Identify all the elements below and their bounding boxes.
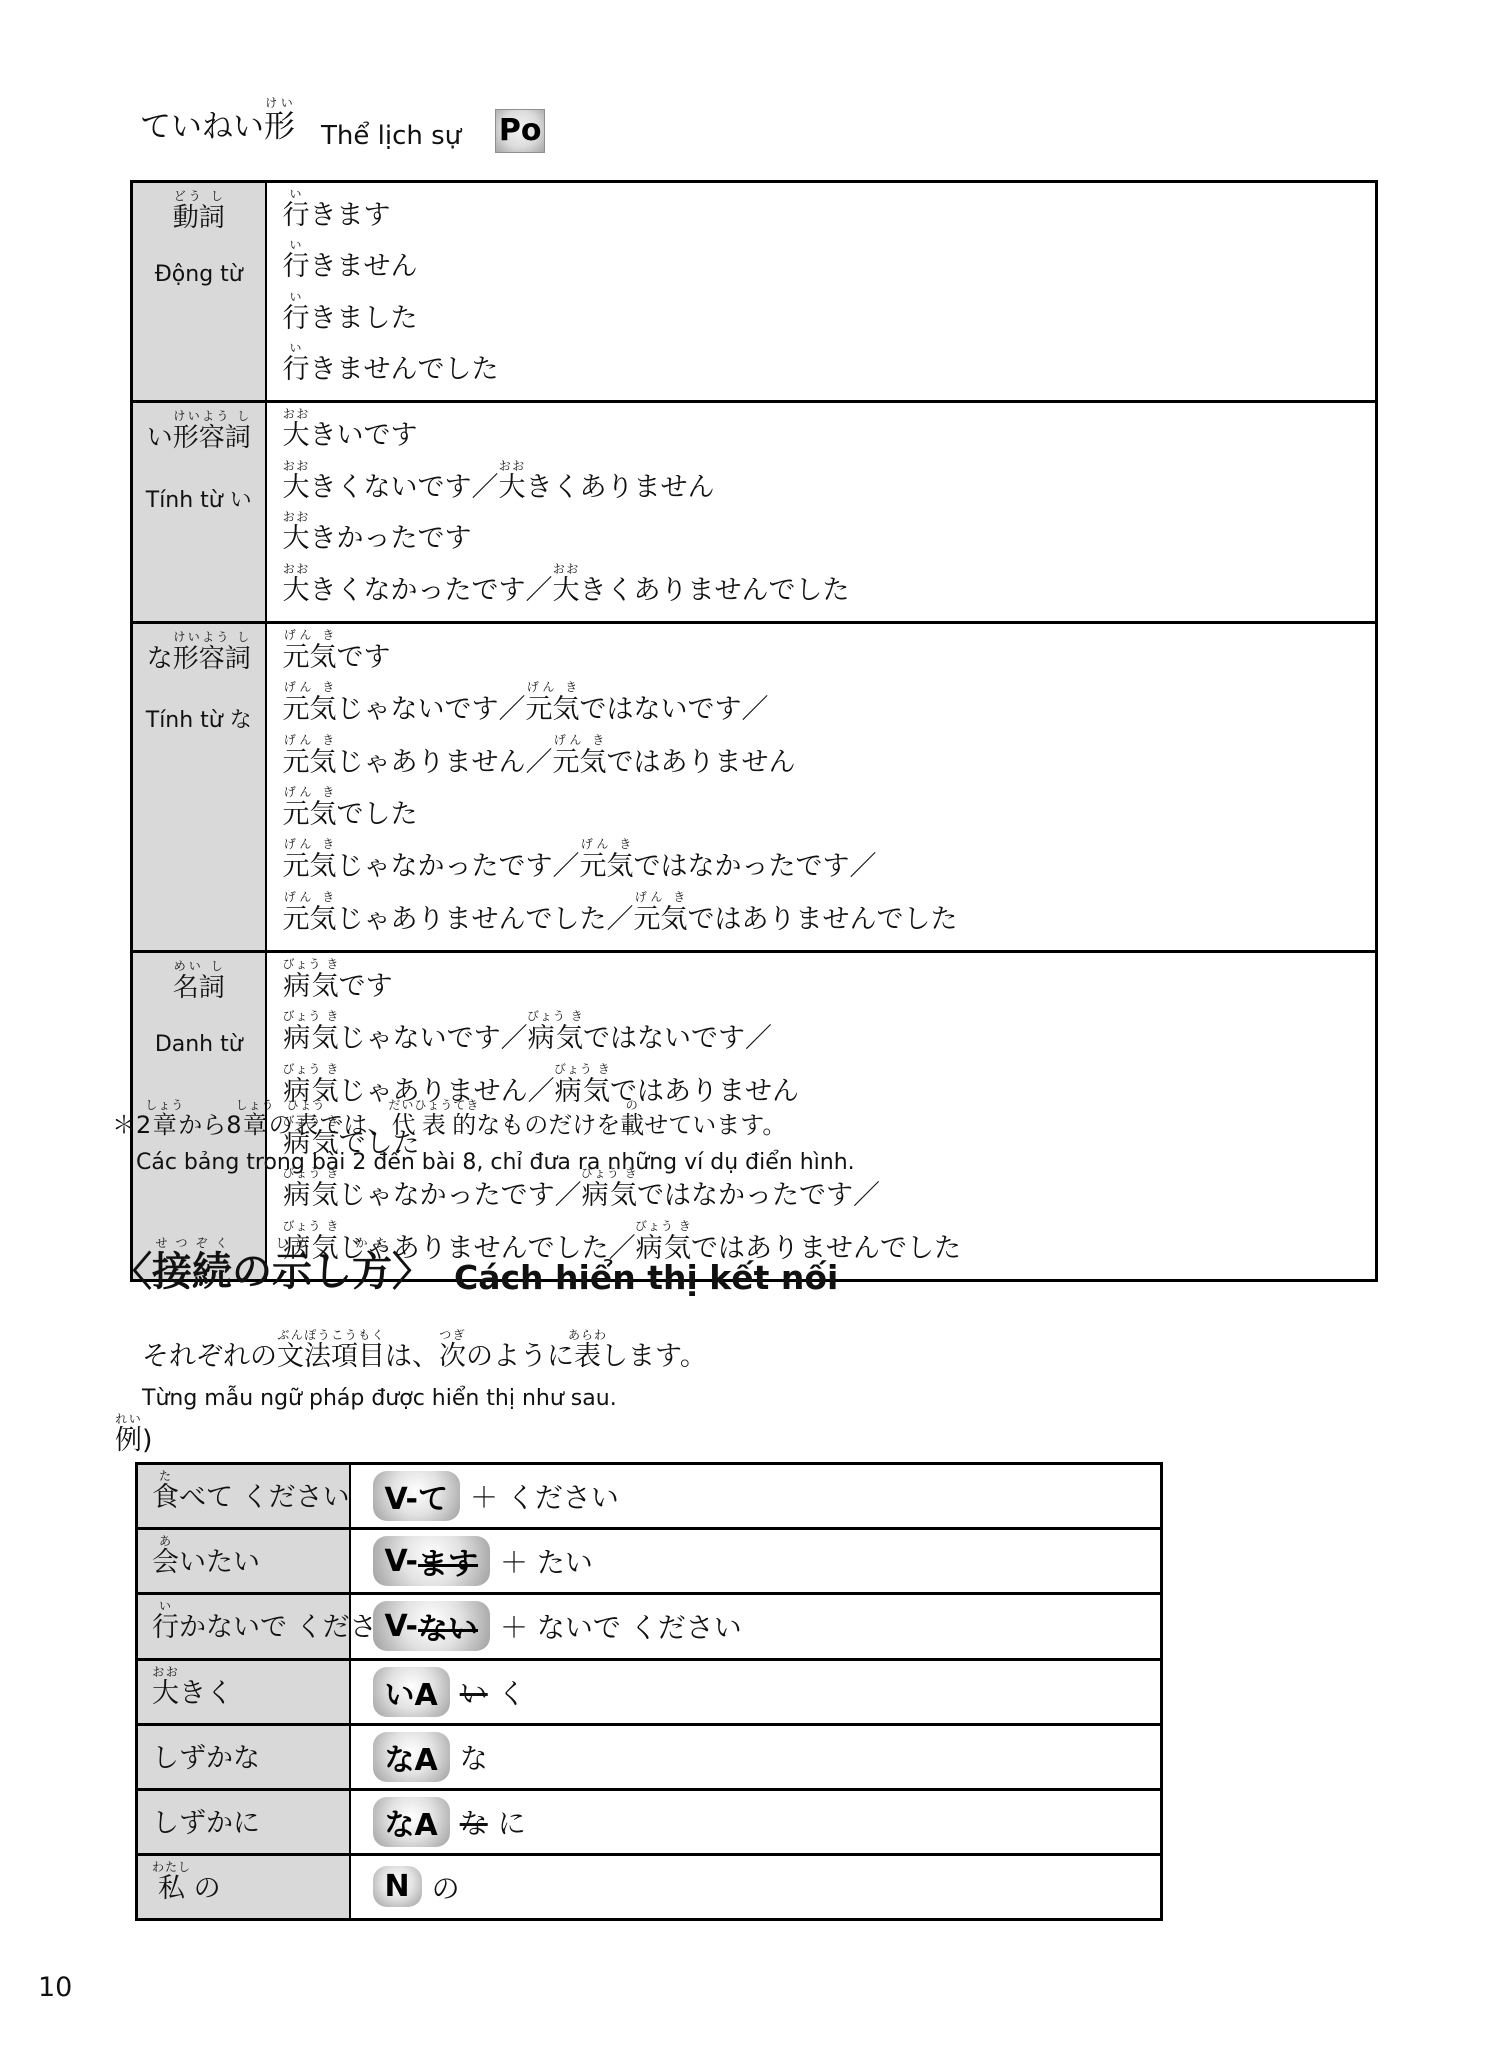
connection-formula: V-ます＋ たい bbox=[373, 1536, 1151, 1586]
example-expression: しずかに bbox=[152, 1802, 343, 1845]
footnote-jp: ＊2章しょうから8章しょうの表ひょうでは、代表的だいひょうてきなものだけを載のせ… bbox=[112, 1098, 855, 1144]
formula-text: く bbox=[498, 1672, 526, 1712]
formula-cell: V-て＋ ください bbox=[350, 1464, 1162, 1529]
formula-cell: V-ます＋ たい bbox=[350, 1529, 1162, 1594]
connection-formula: なAな bbox=[373, 1732, 1151, 1782]
row-content-cell: 元気げん きです元気げん きじゃないです／元気げん きではないです／元気げん き… bbox=[266, 622, 1377, 951]
formula-text: ＋ ないで ください bbox=[500, 1606, 742, 1646]
grammar-badge: V-ない bbox=[373, 1601, 491, 1651]
formula-cell: なAなに bbox=[350, 1789, 1162, 1854]
table-row: 大おおきくいAいく bbox=[137, 1659, 1162, 1724]
word-class-label-jp: な形容詞けいよう し bbox=[137, 630, 261, 679]
connection-formula: Nの bbox=[373, 1866, 1151, 1907]
heading-vi: Cách hiển thị kết nối bbox=[454, 1258, 838, 1301]
example-expression: 私わたし の bbox=[152, 1860, 343, 1910]
conjugation-line: 行いきませんでした bbox=[283, 341, 1368, 392]
footnote-vi: Các bảng trong bài 2 đến bài 8, chỉ đưa … bbox=[136, 1150, 855, 1175]
conjugation-line: 病気びょう きです bbox=[283, 957, 1368, 1009]
table-row: 会あいたいV-ます＋ たい bbox=[137, 1529, 1162, 1594]
word-class-label-vi: Tính từ い bbox=[137, 483, 261, 514]
conjugation-line: 大おおきくないです／大おおきくありません bbox=[283, 459, 1368, 510]
grammar-badge: V-ます bbox=[373, 1536, 491, 1586]
connection-formula: V-ない＋ ないで ください bbox=[373, 1601, 1151, 1651]
example-expression: 行いかないで ください bbox=[152, 1599, 343, 1649]
conjugation-line: 元気げん きじゃありませんでした／元気げん きではありませんでした bbox=[283, 890, 1368, 942]
grammar-badge: いA bbox=[373, 1667, 450, 1717]
struck-suffix: ます bbox=[418, 1539, 478, 1583]
section-description: それぞれの文法項目ぶんぽうこうもくは、次つぎのように表あらわします。 Từng … bbox=[142, 1328, 707, 1411]
table-row: しずかになAなに bbox=[137, 1789, 1162, 1854]
row-content-cell: 大おおきいです大おおきくないです／大おおきくありません大おおきかったです大おおき… bbox=[266, 402, 1377, 622]
example-cell: 会あいたい bbox=[137, 1529, 350, 1594]
row-header-cell: い形容詞けいよう しTính từ い bbox=[132, 402, 266, 622]
connection-table-body: 食たべて くださいV-て＋ ください会あいたいV-ます＋ たい行いかないで くだ… bbox=[137, 1464, 1162, 1920]
formula-text: ＋ たい bbox=[500, 1541, 593, 1581]
conjugation-line: 行いきません bbox=[283, 238, 1368, 289]
conjugation-line: 元気げん きじゃないです／元気げん きではないです／ bbox=[283, 680, 1368, 732]
textbook-page: ていねい形けい Thể lịch sự Po 動詞どう しĐộng từ行いきま… bbox=[0, 0, 1497, 2048]
example-expression: 会あいたい bbox=[152, 1534, 343, 1584]
connection-formula: いAいく bbox=[373, 1667, 1151, 1717]
polite-form-title-jp: ていねい形けい bbox=[140, 96, 295, 153]
conjugation-line: 行いきます bbox=[283, 187, 1368, 238]
grammar-badge: V-て bbox=[373, 1471, 461, 1521]
word-class-label-jp: 動詞どう し bbox=[137, 189, 261, 238]
row-content-cell: 行いきます行いきません行いきました行いきませんでした bbox=[266, 182, 1377, 402]
row-header-cell: 動詞どう しĐộng từ bbox=[132, 182, 266, 402]
section-header: ていねい形けい Thể lịch sự Po bbox=[140, 96, 545, 153]
word-class-label-jp: 名詞めい し bbox=[137, 959, 261, 1008]
table-row: しずかななAな bbox=[137, 1724, 1162, 1789]
grammar-badge: なA bbox=[373, 1732, 450, 1782]
connection-notation-table: 食たべて くださいV-て＋ ください会あいたいV-ます＋ たい行いかないで くだ… bbox=[135, 1462, 1163, 1921]
word-class-label-jp: い形容詞けいよう し bbox=[137, 409, 261, 458]
formula-text: の bbox=[432, 1867, 460, 1907]
formula-text: ＋ ください bbox=[470, 1476, 619, 1516]
struck-suffix: ない bbox=[418, 1604, 478, 1648]
word-class-label-vi: Động từ bbox=[137, 262, 261, 287]
struck-text: い bbox=[460, 1672, 488, 1712]
connection-formula: V-て＋ ください bbox=[373, 1471, 1151, 1521]
table-footnote: ＊2章しょうから8章しょうの表ひょうでは、代表的だいひょうてきなものだけを載のせ… bbox=[112, 1098, 855, 1175]
conjugation-line: 元気げん きでした bbox=[283, 785, 1368, 837]
word-class-label-vi: Tính từ な bbox=[137, 703, 261, 734]
table-row: 行いかないで くださいV-ない＋ ないで ください bbox=[137, 1594, 1162, 1659]
conjugation-line: 大おおきかったです bbox=[283, 510, 1368, 561]
formula-text: に bbox=[498, 1802, 526, 1842]
table-row: な形容詞けいよう しTính từ な元気げん きです元気げん きじゃないです／… bbox=[132, 622, 1377, 951]
formula-text: な bbox=[460, 1737, 488, 1777]
example-cell: しずかに bbox=[137, 1789, 350, 1854]
conjugation-line: 元気げん きです bbox=[283, 628, 1368, 680]
conjugation-line: 大おおきくなかったです／大おおきくありませんでした bbox=[283, 562, 1368, 613]
po-badge: Po bbox=[495, 109, 545, 153]
formula-cell: いAいく bbox=[350, 1659, 1162, 1724]
conjugation-line: 元気げん きじゃなかったです／元気げん きではなかったです／ bbox=[283, 837, 1368, 889]
table-row: 食たべて くださいV-て＋ ください bbox=[137, 1464, 1162, 1529]
formula-cell: V-ない＋ ないで ください bbox=[350, 1594, 1162, 1659]
conjugation-line: 元気げん きじゃありません／元気げん きではありません bbox=[283, 733, 1368, 785]
formula-cell: Nの bbox=[350, 1854, 1162, 1919]
description-vi: Từng mẫu ngữ pháp được hiển thị như sau. bbox=[142, 1386, 707, 1411]
example-cell: 食たべて ください bbox=[137, 1464, 350, 1529]
example-label: 例れい) bbox=[115, 1412, 153, 1462]
table-row: 私わたし のNの bbox=[137, 1854, 1162, 1919]
table-row: い形容詞けいよう しTính từ い大おおきいです大おおきくないです／大おおき… bbox=[132, 402, 1377, 622]
example-expression: 食たべて ください bbox=[152, 1469, 343, 1519]
example-cell: 大おおきく bbox=[137, 1659, 350, 1724]
heading-jp: 〈接続せつぞくの示しめし方かた〉 bbox=[112, 1236, 432, 1301]
page-number: 10 bbox=[38, 1972, 72, 2003]
example-cell: 私わたし の bbox=[137, 1854, 350, 1919]
word-class-label-vi: Danh từ bbox=[137, 1032, 261, 1057]
conjugation-line: 大おおきいです bbox=[283, 407, 1368, 458]
row-header-cell: な形容詞けいよう しTính từ な bbox=[132, 622, 266, 951]
connection-formula: なAなに bbox=[373, 1797, 1151, 1847]
struck-text: な bbox=[460, 1802, 488, 1842]
polite-form-title-vi: Thể lịch sự bbox=[321, 121, 461, 153]
connection-section-heading: 〈接続せつぞくの示しめし方かた〉 Cách hiển thị kết nối bbox=[112, 1236, 838, 1301]
example-cell: しずかな bbox=[137, 1724, 350, 1789]
grammar-badge: N bbox=[373, 1866, 422, 1907]
example-cell: 行いかないで ください bbox=[137, 1594, 350, 1659]
conjugation-line: 病気びょう きじゃないです／病気びょう きではないです／ bbox=[283, 1009, 1368, 1061]
example-expression: しずかな bbox=[152, 1737, 343, 1780]
conjugation-line: 行いきました bbox=[283, 290, 1368, 341]
example-expression: 大おおきく bbox=[152, 1665, 343, 1715]
table-row: 動詞どう しĐộng từ行いきます行いきません行いきました行いきませんでした bbox=[132, 182, 1377, 402]
description-jp: それぞれの文法項目ぶんぽうこうもくは、次つぎのように表あらわします。 bbox=[142, 1328, 707, 1378]
formula-cell: なAな bbox=[350, 1724, 1162, 1789]
grammar-badge: なA bbox=[373, 1797, 450, 1847]
